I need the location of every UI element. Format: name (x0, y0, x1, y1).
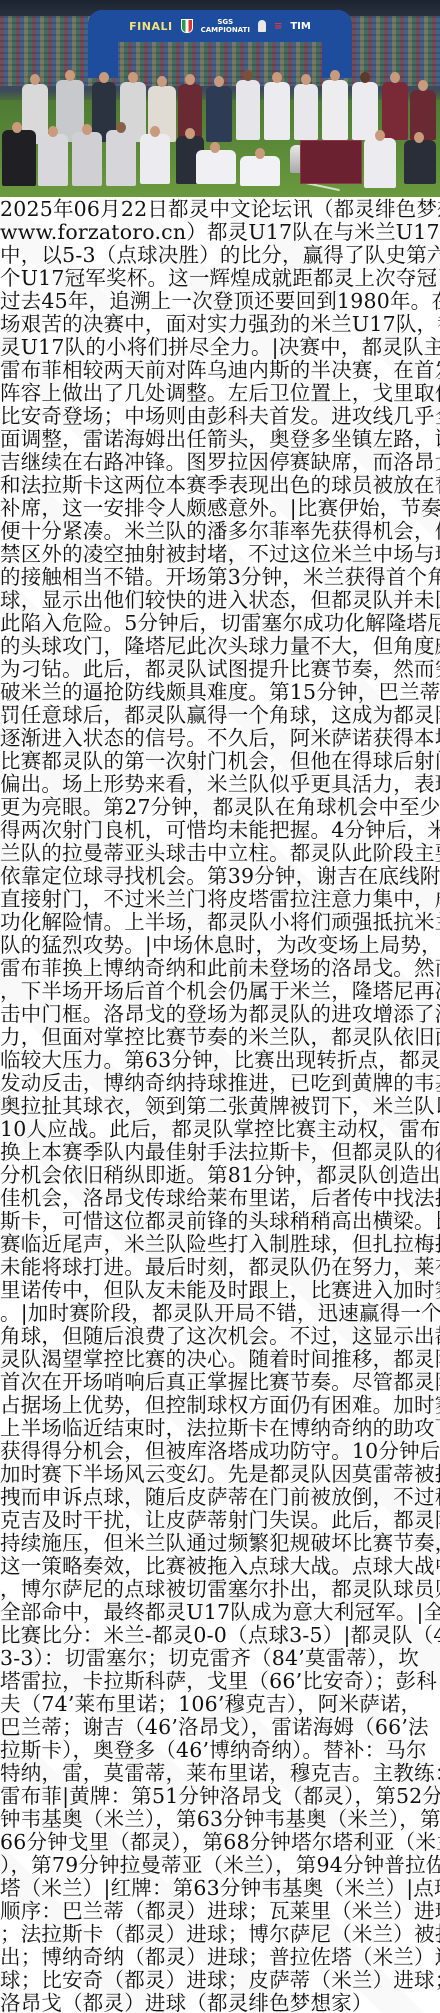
article-line: 比安奇登场；中场则由彭科夫首发。进攻线几乎全 (0, 405, 440, 428)
article-line: 临较大压力。第63分钟，比赛出现转折点，都灵队 (0, 1049, 440, 1072)
article-line: 换上本赛季队内最佳射手法拉斯卡，但都灵队的得 (0, 1141, 440, 1164)
team-member-figure (382, 82, 408, 140)
team-member-head (210, 142, 220, 153)
article-line: 塔（米兰）|红牌：第63分钟韦基奥（米兰）|点球 (0, 1877, 440, 1900)
article-line: 灵队渴望掌控比赛的决心。随着时间推移，都灵队 (0, 1348, 440, 1371)
team-member-figure (322, 80, 348, 140)
article-line: 奥拉扯其球衣，领到第二张黄牌被罚下，米兰队以 (0, 1095, 440, 1118)
article-line: 过去45年，追溯上一次登顶还要回到1980年。在这 (0, 290, 440, 313)
article-line: 雷布菲换上博纳奇纳和此前未登场的洛昂戈。然而 (0, 957, 440, 980)
article-line: 更为亮眼。第27分钟，都灵队在角球机会中至少获 (0, 796, 440, 819)
article-line: 佳机会，洛昂戈传球给莱布里诺，后者传中找法拉 (0, 1187, 440, 1210)
article-line: 便十分紧凑。米兰队的潘多尔菲率先获得机会，他 (0, 520, 440, 543)
article-line: 此陷入危险。5分钟后，切雷塞尔成功化解隆塔尼 (0, 612, 440, 635)
team-member-figure (404, 140, 436, 184)
article-line: 罚任意球后，都灵队赢得一个角球，这成为都灵队 (0, 704, 440, 727)
team-member-figure (38, 134, 68, 186)
team-member-figure (264, 82, 290, 140)
team-member-figure (206, 86, 232, 142)
team-member-head (272, 72, 282, 83)
article-line: 首次在开场哨响后真正掌握比赛节奏。尽管都灵队 (0, 1371, 440, 1394)
team-member-head (65, 70, 75, 81)
article-line: 队的猛烈攻势。|中场休息时，为改变场上局势， (0, 934, 440, 957)
team-member-figure (352, 82, 378, 140)
article-line: ；法拉斯卡（都灵）进球；博尔萨尼（米兰）被扑 (0, 1923, 440, 1946)
article-line: 补席，这一安排令人颇感意外。|比赛伊始，节奏 (0, 497, 440, 520)
article-line: 击中门框。洛昂戈的登场为都灵队的进攻增添了活 (0, 1003, 440, 1026)
article-line: 和法拉斯卡这两位本赛季表现出色的球员被放在替 (0, 474, 440, 497)
article-line: 。|加时赛阶段，都灵队开局不错，迅速赢得一个 (0, 1302, 440, 1325)
article-line: 依靠定位球寻找机会。第39分钟，谢吉在底线附近 (0, 865, 440, 888)
team-member-figure (140, 134, 170, 184)
article-line: 球；比安奇（都灵）进球；皮萨蒂（米兰）进球； (0, 1969, 440, 1992)
article-line: 兰队的拉曼蒂亚头球击中立柱。都灵队此阶段主要 (0, 842, 440, 865)
article-line: 未能将球打进。最后时刻，都灵队仍在努力，莱布 (0, 1256, 440, 1279)
team-member-head (418, 80, 428, 91)
article-line: 吉继续在右路冲锋。图罗拉因停赛缺席，而洛昂戈 (0, 451, 440, 474)
team-member-head (185, 128, 195, 139)
article-line: 的接触相当不错。开场第3分钟，米兰获得首个角 (0, 566, 440, 589)
team-member-figure (106, 130, 136, 186)
article-line: 面调整，雷诺海姆出任箭头，奥登多坐镇左路，谢 (0, 428, 440, 451)
team-member-head (330, 70, 340, 81)
team-member-figure (196, 150, 236, 184)
article-line: 雷布菲相较两天前对阵乌迪内斯的半决赛，在首发 (0, 359, 440, 382)
article-line: 破米兰的逼抢防线颇具难度。第15分钟，巴兰蒂主 (0, 681, 440, 704)
article-line: 偏出。场上形势来看，米兰队似乎更具活力，表现 (0, 773, 440, 796)
article-line: 钟韦基奥（米兰），第63分钟韦基奥（米兰），第 (0, 1808, 440, 1831)
article-line: 球，显示出他们较快的进入状态，但都灵队并未因 (0, 589, 440, 612)
tim-logo-icon: ≡ (274, 21, 282, 32)
article-line: 夫（74’莱布里诺；106’穆克吉），阿米萨诺， (0, 1693, 440, 1716)
article-line: ，下半场开场后首个机会仍属于米兰，隆塔尼再次 (0, 980, 440, 1003)
article-line: 中，以5-3（点球决胜）的比分，赢得了队史第六 (0, 244, 440, 267)
banner-sponsor-text: TIM (290, 21, 311, 32)
article-line: 场艰苦的决赛中，面对实力强劲的米兰U17队，都 (0, 313, 440, 336)
article-line: 发动反击，博纳奇纳持球推进，已吃到黄牌的韦基 (0, 1072, 440, 1095)
team-member-head (375, 130, 385, 141)
torino-flag (300, 140, 362, 184)
team-member-figure (240, 156, 280, 186)
team-member-figure (364, 138, 396, 188)
article-line: 阵容上做出了几处调整。左后卫位置上，戈里取代 (0, 382, 440, 405)
article-line: 为刁钻。此后，都灵队试图提升比赛节奏，然而突 (0, 658, 440, 681)
banner-sgs-bottom: CAMPIONATI (201, 26, 250, 34)
article-line: 占据场上优势，但控制球权方面仍有困难。加时赛 (0, 1394, 440, 1417)
team-member-head (255, 148, 265, 159)
team-member-head (150, 126, 160, 137)
trophy-icon (258, 20, 266, 32)
team-member-head (128, 72, 138, 83)
article-line: 得两次射门良机，可惜均未能把握。4分钟后，米 (0, 819, 440, 842)
article-line: 2025年06月22日都灵中文论坛讯（都灵绯色梦想家 (0, 198, 440, 221)
article-line: 加时赛下半场风云变幻。先是都灵队因莫雷蒂被拉 (0, 1463, 440, 1486)
team-celebration-photo: FINALI SGS CAMPIONATI ≡ TIM (0, 0, 440, 197)
article-line: 出；博纳奇纳（都灵）进球；普拉佐塔（米兰）进 (0, 1946, 440, 1969)
article-line: 直接射门，不过米兰门将皮塔雷拉注意力集中，成 (0, 888, 440, 911)
article-line: 洛昂戈（都灵）进球（都灵绯色梦想家） (0, 1992, 440, 2013)
article-line: 10人应战。此后，都灵队掌控比赛主动权，雷布菲 (0, 1118, 440, 1141)
article-line: 禁区外的凌空抽射被封堵，不过这位米兰中场与球 (0, 543, 440, 566)
article-line: 3-3）：切雷塞尔；切克雷齐（84’莫雷蒂），坎 (0, 1647, 440, 1670)
banner-sgs-text: SGS CAMPIONATI (201, 18, 250, 34)
article-line: 个U17冠军奖杯。这一辉煌成就距都灵上次夺冠已 (0, 267, 440, 290)
article-line: 塔雷拉，卡拉斯科萨，戈里（66’比安奇）；彭科 (0, 1670, 440, 1693)
team-member-head (99, 72, 109, 83)
article-line: 赛临近尾声，米兰队险些打入制胜球，但扎拉梅拉 (0, 1233, 440, 1256)
article-line: 分机会依旧稍纵即逝。第81分钟，都灵队创造出绝 (0, 1164, 440, 1187)
article-line: 功化解险情。上半场，都灵队小将们顽强抵抗米兰 (0, 911, 440, 934)
article-line: 全部命中，最终都灵U17队成为意大利冠军。|全场 (0, 1601, 440, 1624)
article-line: 拽而申诉点球，随后皮萨蒂在门前被放倒，不过穆 (0, 1486, 440, 1509)
team-member-head (185, 74, 195, 85)
article-line: 66分钟戈里（都灵），第68分钟塔尔塔利亚（米兰 (0, 1831, 440, 1854)
article-line: 逐渐进入状态的信号。不久后，阿米萨诺获得本场 (0, 727, 440, 750)
team-member-head (48, 126, 58, 137)
article-line: 持续施压，但米兰队通过频繁犯规破坏比赛节奏， (0, 1532, 440, 1555)
article-line: 灵U17队的小将们拼尽全力。|决赛中，都灵队主帅 (0, 336, 440, 359)
figc-shield-icon (181, 19, 193, 33)
article-line: 拉斯卡），奥登多（46’博纳奇纳）。替补：马尔 (0, 1739, 440, 1762)
team-member-head (414, 132, 424, 143)
article-line: 比赛都灵队的第一次射门机会，但他在得球后射门 (0, 750, 440, 773)
team-member-head (82, 124, 92, 135)
article-line: 角球，但随后浪费了这次机会。不过，这显示出都 (0, 1325, 440, 1348)
team-member-head (30, 74, 40, 85)
team-member-figure (2, 130, 36, 186)
article-line: 获得得分机会，但被库洛塔成功防守。10分钟后， (0, 1440, 440, 1463)
article-line: ），第79分钟拉曼蒂亚（米兰），第94分钟普拉佐 (0, 1854, 440, 1877)
article-line: 特纳，雷，莫雷蒂，莱布里诺，穆克吉。主教练： (0, 1762, 440, 1785)
team-member-head (214, 76, 224, 87)
team-member-figure (294, 84, 318, 140)
team-member-head (301, 74, 311, 85)
article-line: 的头球攻门，隆塔尼此次头球力量不大，但角度颇 (0, 635, 440, 658)
banner-finali-text: FINALI (129, 20, 172, 33)
article-line: 力，但面对掌控比赛节奏的米兰队，都灵队依旧面 (0, 1026, 440, 1049)
finals-banner: FINALI SGS CAMPIONATI ≡ TIM (88, 10, 352, 42)
article-body: 2025年06月22日都灵中文论坛讯（都灵绯色梦想家www.forzatoro.… (0, 198, 440, 2013)
team-member-head (243, 70, 253, 81)
team-member-head (12, 122, 22, 133)
team-member-head (157, 76, 167, 87)
article-line: www.forzatoro.cn）都灵U17队在与米兰U17队的对决 (0, 221, 440, 244)
article-line: 比赛比分：米兰-都灵0-0（点球3-5）|都灵队（4- (0, 1624, 440, 1647)
article-line: 顺序：巴兰蒂（都灵）进球；瓦莱里（米兰）进球 (0, 1900, 440, 1923)
team-member-figure (236, 80, 260, 140)
team-member-figure (72, 132, 102, 186)
team-member-head (390, 72, 400, 83)
article-line: 克吉及时干扰，让皮萨蒂射门失误。此后，都灵队 (0, 1509, 440, 1532)
team-member-head (360, 72, 370, 83)
team-member-figure (410, 90, 436, 140)
article-line: 里诺传中，但队友未能及时跟上，比赛进入加时赛 (0, 1279, 440, 1302)
team-group (0, 60, 440, 190)
team-member-head (116, 122, 126, 133)
article-line: 斯卡，可惜这位都灵前锋的头球稍稍高出横梁。比 (0, 1210, 440, 1233)
article-line: 上半场临近结束时，法拉斯卡在博纳奇纳的助攻下 (0, 1417, 440, 1440)
article-line: 这一策略奏效，比赛被拖入点球大战。点球大战中 (0, 1555, 440, 1578)
article-line: 雷布菲|黄牌：第51分钟洛昂戈（都灵），第52分 (0, 1785, 440, 1808)
banner-sgs-top: SGS (217, 18, 233, 26)
article-line: ，博尔萨尼的点球被切雷塞尔扑出，都灵队球员则 (0, 1578, 440, 1601)
article-line: 巴兰蒂；谢吉（46’洛昂戈），雷诺海姆（66’法 (0, 1716, 440, 1739)
